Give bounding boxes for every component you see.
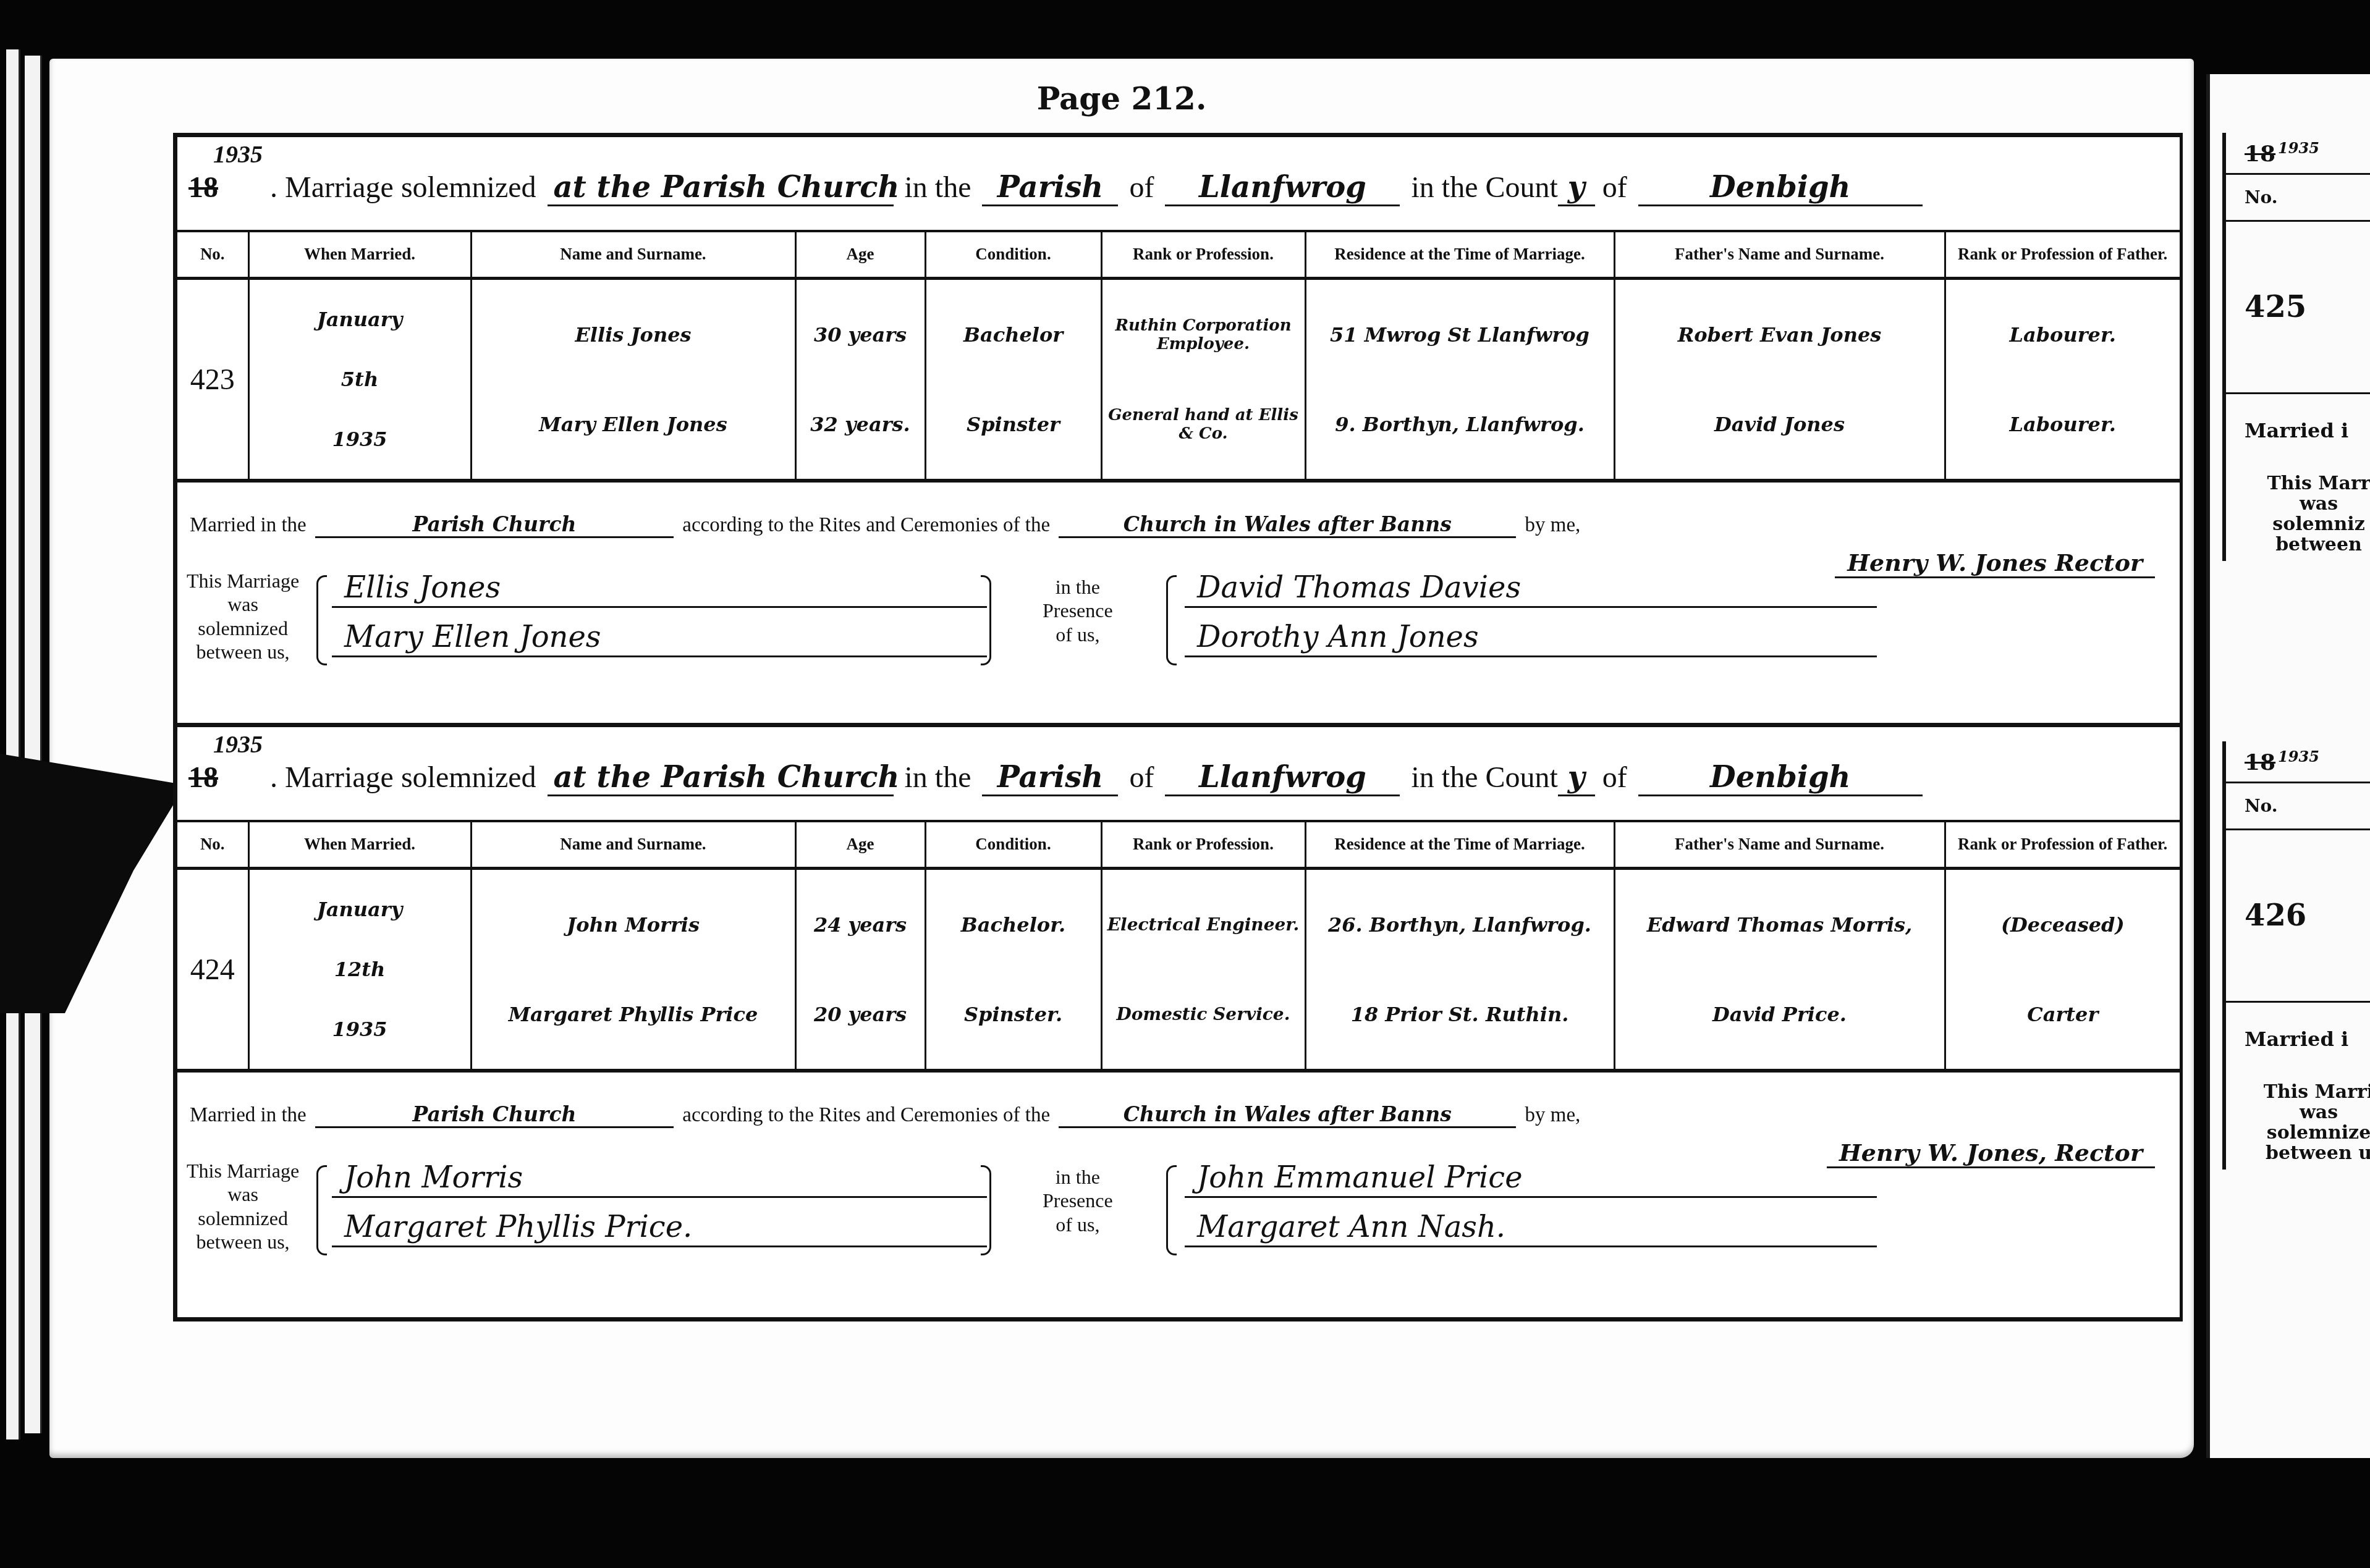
rites-field: Church in Wales after Banns [1059,512,1516,538]
header-label: in the [905,761,971,794]
entry-number: 423 [177,279,248,479]
brace [1166,1165,1177,1255]
groom-father-profession: Labourer. [1947,323,2180,347]
printed-year-prefix: 18 [188,761,218,794]
header-label: of [1129,761,1154,794]
marriage-entry: 18 1935 . Marriage solemnized at the Par… [173,133,2183,731]
groom-residence: 51 Mwrog St Llanfwrog [1307,323,1613,347]
groom-name: Ellis Jones [473,323,794,347]
col-header-profession: Rank or Profession. [1101,232,1305,279]
brace [316,1165,327,1255]
married-in-row: Married in the Parish Church according t… [177,1069,2180,1147]
parish-field: Llanfwrog [1165,170,1400,206]
witness-signature: John Emmanuel Price [1185,1159,1877,1198]
marriage-day: 5th [250,368,470,391]
groom-profession: Ruthin Corporation Employee. [1103,316,1304,353]
when-married-cell: January 5th 1935 [248,279,471,479]
facing-married-label: Married i [2226,394,2370,467]
married-in-field: Parish Church [315,1102,674,1128]
col-header-father-name: Father's Name and Surname. [1614,822,1945,869]
facing-entry: 181935 No. 426 Married i This Marriwasso… [2222,741,2370,1170]
col-header-age: Age [795,232,925,279]
father-profession-cell: (Deceased) Carter [1945,869,2180,1069]
when-married-cell: January 12th 1935 [248,869,471,1069]
bride-age: 20 years [797,1003,924,1026]
header-label: . Marriage solemnized [270,171,536,204]
groom-father-name: Edward Thomas Morris, [1616,913,1944,937]
bride-signature: Mary Ellen Jones [332,618,987,657]
col-header-father-name: Father's Name and Surname. [1614,232,1945,279]
col-header-name: Name and Surname. [471,822,795,869]
col-header-father-profession: Rank or Profession of Father. [1945,232,2180,279]
bride-residence: 9. Borthyn, Llanfwrog. [1307,413,1613,436]
presence-label: in thePresenceof us, [1043,1165,1113,1236]
facing-entry: 181935 No. 425 Married i This Marrwassol… [2222,133,2370,561]
name-cell: Ellis Jones Mary Ellen Jones [471,279,795,479]
signatures-block: This Marriagewassolemnizedbetween us, Jo… [177,1147,2180,1270]
witness-signature: Dorothy Ann Jones [1185,618,1877,657]
district-type-field: Parish [982,170,1118,206]
col-header-when-married: When Married. [248,822,471,869]
entry-table: No. When Married. Name and Surname. Age … [177,232,2180,479]
facing-solemnized-label: This Marrwassolemnizbetween [2226,467,2370,561]
parish-field: Llanfwrog [1165,760,1400,796]
printed-year-prefix: 18 [188,171,218,204]
bride-name: Mary Ellen Jones [473,413,794,436]
year-field: 18 1935 [188,171,263,204]
col-header-when-married: When Married. [248,232,471,279]
book-spine-edge [25,56,42,1433]
witness-signature: Margaret Ann Nash. [1185,1208,1877,1247]
father-name-cell: Robert Evan Jones David Jones [1614,279,1945,479]
col-header-condition: Condition. [925,232,1101,279]
bride-father-name: David Price. [1616,1003,1944,1026]
profession-cell: Ruthin Corporation Employee. General han… [1101,279,1305,479]
marriage-year: 1935 [250,1018,470,1041]
brace [316,575,327,665]
bride-name: Margaret Phyllis Price [473,1003,794,1026]
county-field: Denbigh [1638,760,1923,796]
facing-no-header: No. [2226,782,2370,830]
county-suffix: y [1558,760,1595,796]
header-label: of [1602,761,1627,794]
groom-name: John Morris [473,913,794,937]
col-header-no: No. [177,822,248,869]
col-header-residence: Residence at the Time of Marriage. [1305,232,1614,279]
facing-no-header: No. [2226,173,2370,222]
groom-father-profession: (Deceased) [1947,913,2180,937]
bride-father-name: David Jones [1616,413,1944,436]
profession-cell: Electrical Engineer. Domestic Service. [1101,869,1305,1069]
facing-entry-number: 426 [2226,830,2370,1003]
rites-label: according to the Rites and Ceremonies of… [682,514,1050,536]
groom-signature: John Morris [332,1159,987,1198]
rites-field: Church in Wales after Banns [1059,1102,1516,1128]
col-header-profession: Rank or Profession. [1101,822,1305,869]
col-header-name: Name and Surname. [471,232,795,279]
groom-age: 30 years [797,323,924,347]
marriage-entry: 18 1935 . Marriage solemnized at the Par… [173,723,2183,1321]
residence-cell: 26. Borthyn, Llanfwrog. 18 Prior St. Rut… [1305,869,1614,1069]
marriage-month: January [250,308,470,331]
condition-cell: Bachelor. Spinster. [925,869,1101,1069]
age-cell: 24 years 20 years [795,869,925,1069]
county-suffix: y [1558,170,1595,206]
witness-signature: David Thomas Davies [1185,569,1877,608]
entry-table: No. When Married. Name and Surname. Age … [177,822,2180,1069]
written-year: 1935 [213,140,263,169]
table-row: 423 January 5th 1935 Ellis Jones Mary El… [177,279,2180,479]
entry-header: 18 1935 . Marriage solemnized at the Par… [177,137,2180,232]
bride-profession: General hand at Ellis & Co. [1103,406,1304,443]
marriage-month: January [250,898,470,921]
groom-signature: Ellis Jones [332,569,987,608]
by-me-label: by me, [1525,1104,1581,1126]
marriage-day: 12th [250,958,470,981]
col-header-no: No. [177,232,248,279]
father-profession-cell: Labourer. Labourer. [1945,279,2180,479]
col-header-residence: Residence at the Time of Marriage. [1305,822,1614,869]
solemnized-label: This Marriagewassolemnizedbetween us, [187,1159,299,1254]
bride-age: 32 years. [797,413,924,436]
entry-number: 424 [177,869,248,1069]
by-me-label: by me, [1525,514,1581,536]
facing-page: 181935 No. 425 Married i This Marrwassol… [2206,74,2370,1458]
father-name-cell: Edward Thomas Morris, David Price. [1614,869,1945,1069]
married-in-field: Parish Church [315,512,674,538]
bride-father-profession: Labourer. [1947,413,2180,436]
header-label: in the [905,171,971,204]
brace [981,575,991,665]
marriage-year: 1935 [250,428,470,451]
groom-condition: Bachelor [927,323,1100,347]
brace [1166,575,1177,665]
age-cell: 30 years 32 years. [795,279,925,479]
header-label: of [1129,171,1154,204]
header-label: of [1602,171,1627,204]
groom-condition: Bachelor. [927,913,1100,937]
bride-condition: Spinster [927,413,1100,436]
year-field: 18 1935 [188,761,263,795]
page-title: Page 212. [49,80,2194,117]
written-year: 1935 [213,730,263,759]
groom-father-name: Robert Evan Jones [1616,323,1944,347]
col-header-condition: Condition. [925,822,1101,869]
facing-solemnized-label: This Marriwassolemnizebetween u [2226,1076,2370,1170]
entry-header: 18 1935 . Marriage solemnized at the Par… [177,727,2180,822]
column-headers: No. When Married. Name and Surname. Age … [177,232,2180,279]
bride-signature: Margaret Phyllis Price. [332,1208,987,1247]
bride-profession: Domestic Service. [1103,1004,1304,1024]
facing-married-label: Married i [2226,1003,2370,1076]
name-cell: John Morris Margaret Phyllis Price [471,869,795,1069]
district-type-field: Parish [982,760,1118,796]
married-in-label: Married in the [190,514,307,536]
brace [981,1165,991,1255]
groom-residence: 26. Borthyn, Llanfwrog. [1307,913,1613,937]
married-in-label: Married in the [190,1104,307,1126]
bride-condition: Spinster. [927,1003,1100,1026]
header-label: . Marriage solemnized [270,761,536,794]
facing-year: 181935 [2226,133,2370,173]
solemnized-label: This Marriagewassolemnizedbetween us, [187,569,299,664]
place-field: at the Parish Church [548,760,894,796]
column-headers: No. When Married. Name and Surname. Age … [177,822,2180,869]
facing-entry-number: 425 [2226,222,2370,394]
married-in-row: Married in the Parish Church according t… [177,479,2180,557]
place-field: at the Parish Church [548,170,894,206]
facing-year: 181935 [2226,741,2370,782]
col-header-age: Age [795,822,925,869]
county-field: Denbigh [1638,170,1923,206]
book-spine-edge [6,49,20,1439]
groom-profession: Electrical Engineer. [1103,914,1304,935]
header-label: in the Count [1411,171,1557,204]
col-header-father-profession: Rank or Profession of Father. [1945,822,2180,869]
table-row: 424 January 12th 1935 John Morris Margar… [177,869,2180,1069]
signatures-block: This Marriagewassolemnizedbetween us, El… [177,557,2180,680]
bride-residence: 18 Prior St. Ruthin. [1307,1003,1613,1026]
rites-label: according to the Rites and Ceremonies of… [682,1104,1050,1126]
bride-father-profession: Carter [1947,1003,2180,1026]
condition-cell: Bachelor Spinster [925,279,1101,479]
groom-age: 24 years [797,913,924,937]
presence-label: in thePresenceof us, [1043,575,1113,646]
residence-cell: 51 Mwrog St Llanfwrog 9. Borthyn, Llanfw… [1305,279,1614,479]
header-label: in the Count [1411,761,1557,794]
